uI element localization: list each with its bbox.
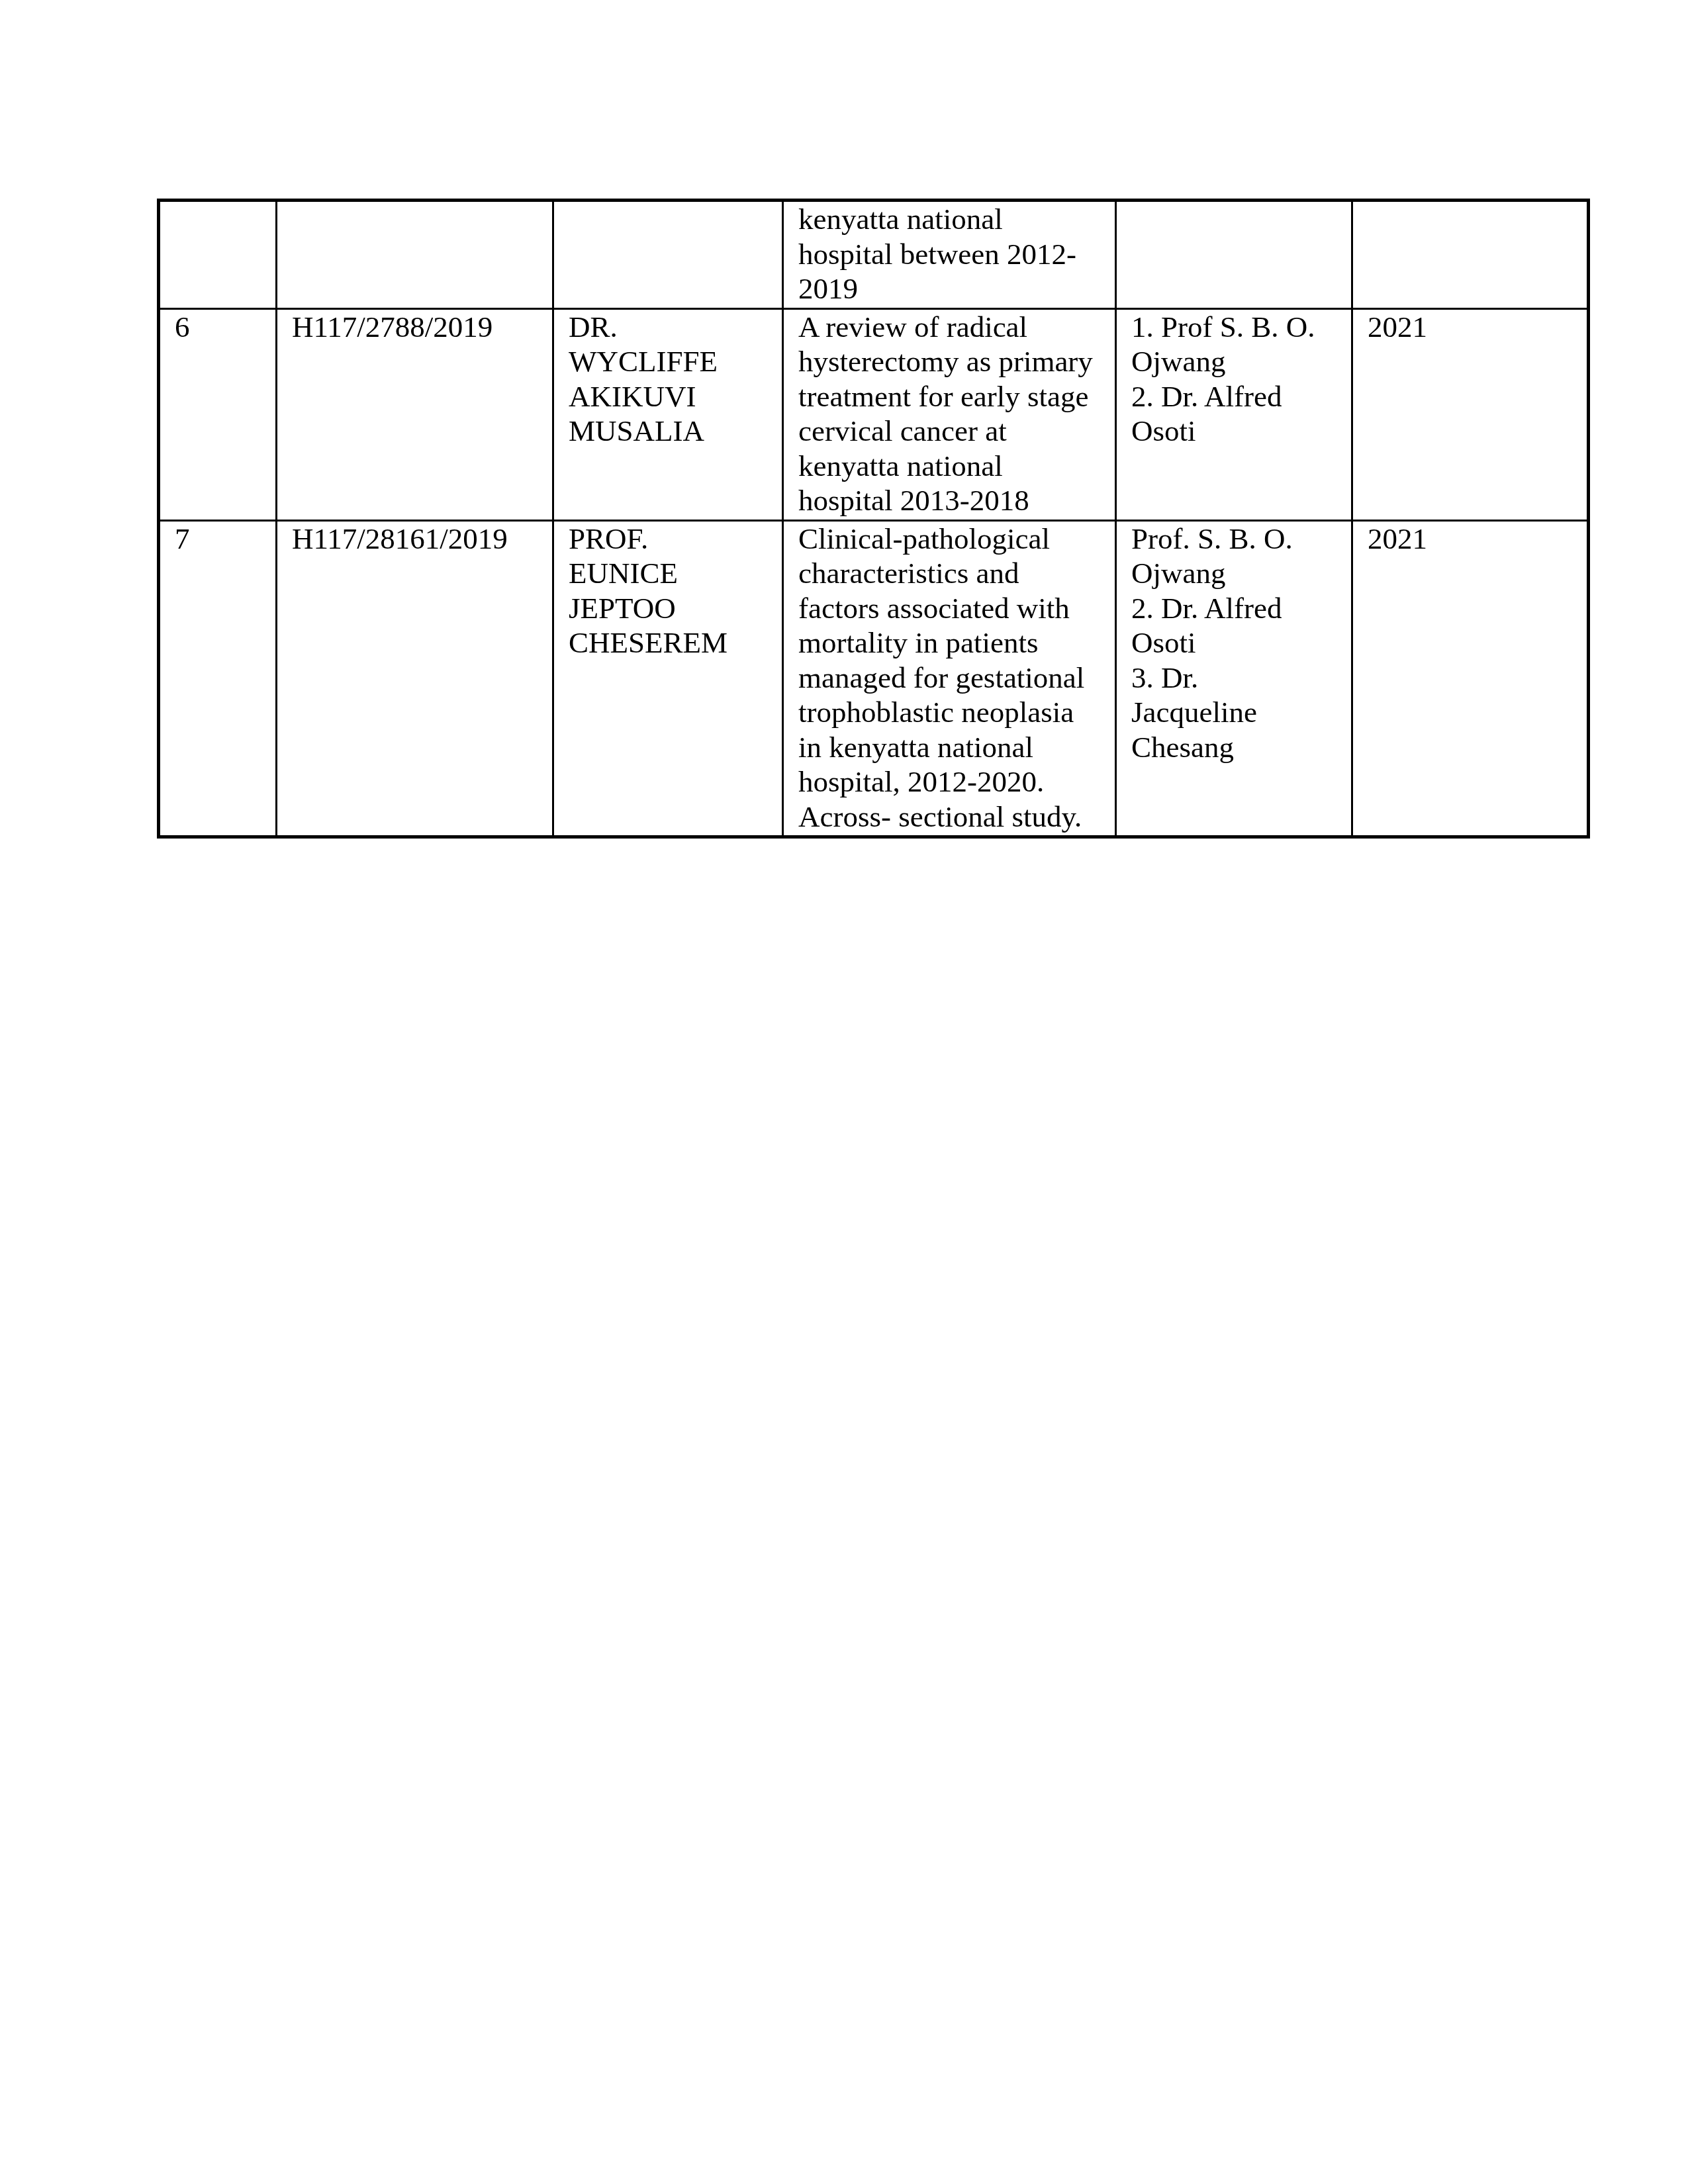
cell-registration-number	[277, 201, 553, 309]
cell-student-name	[553, 201, 783, 309]
cell-number: 7	[159, 520, 277, 837]
cell-number	[159, 201, 277, 309]
cell-registration-number: H117/2788/2019	[277, 308, 553, 520]
cell-supervisors: 1. Prof S. B. O. Ojwang 2. Dr. Alfred Os…	[1116, 308, 1352, 520]
cell-registration-number: H117/28161/2019	[277, 520, 553, 837]
cell-year: 2021	[1352, 520, 1589, 837]
cell-year	[1352, 201, 1589, 309]
cell-thesis-title: kenyatta national hospital between 2012-…	[783, 201, 1116, 309]
cell-number: 6	[159, 308, 277, 520]
cell-thesis-title: Clinical-pathological characteristics an…	[783, 520, 1116, 837]
cell-thesis-title: A review of radical hysterectomy as prim…	[783, 308, 1116, 520]
cell-year: 2021	[1352, 308, 1589, 520]
thesis-records-table: kenyatta national hospital between 2012-…	[157, 199, 1590, 839]
cell-student-name: DR. WYCLIFFE AKIKUVI MUSALIA	[553, 308, 783, 520]
cell-student-name: PROF. EUNICE JEPTOO CHESEREM	[553, 520, 783, 837]
cell-supervisors	[1116, 201, 1352, 309]
document-page: kenyatta national hospital between 2012-…	[0, 0, 1688, 2184]
table-row: 7 H117/28161/2019 PROF. EUNICE JEPTOO CH…	[159, 520, 1589, 837]
table-row: 6 H117/2788/2019 DR. WYCLIFFE AKIKUVI MU…	[159, 308, 1589, 520]
cell-supervisors: Prof. S. B. O. Ojwang 2. Dr. Alfred Osot…	[1116, 520, 1352, 837]
table-row-continuation: kenyatta national hospital between 2012-…	[159, 201, 1589, 309]
